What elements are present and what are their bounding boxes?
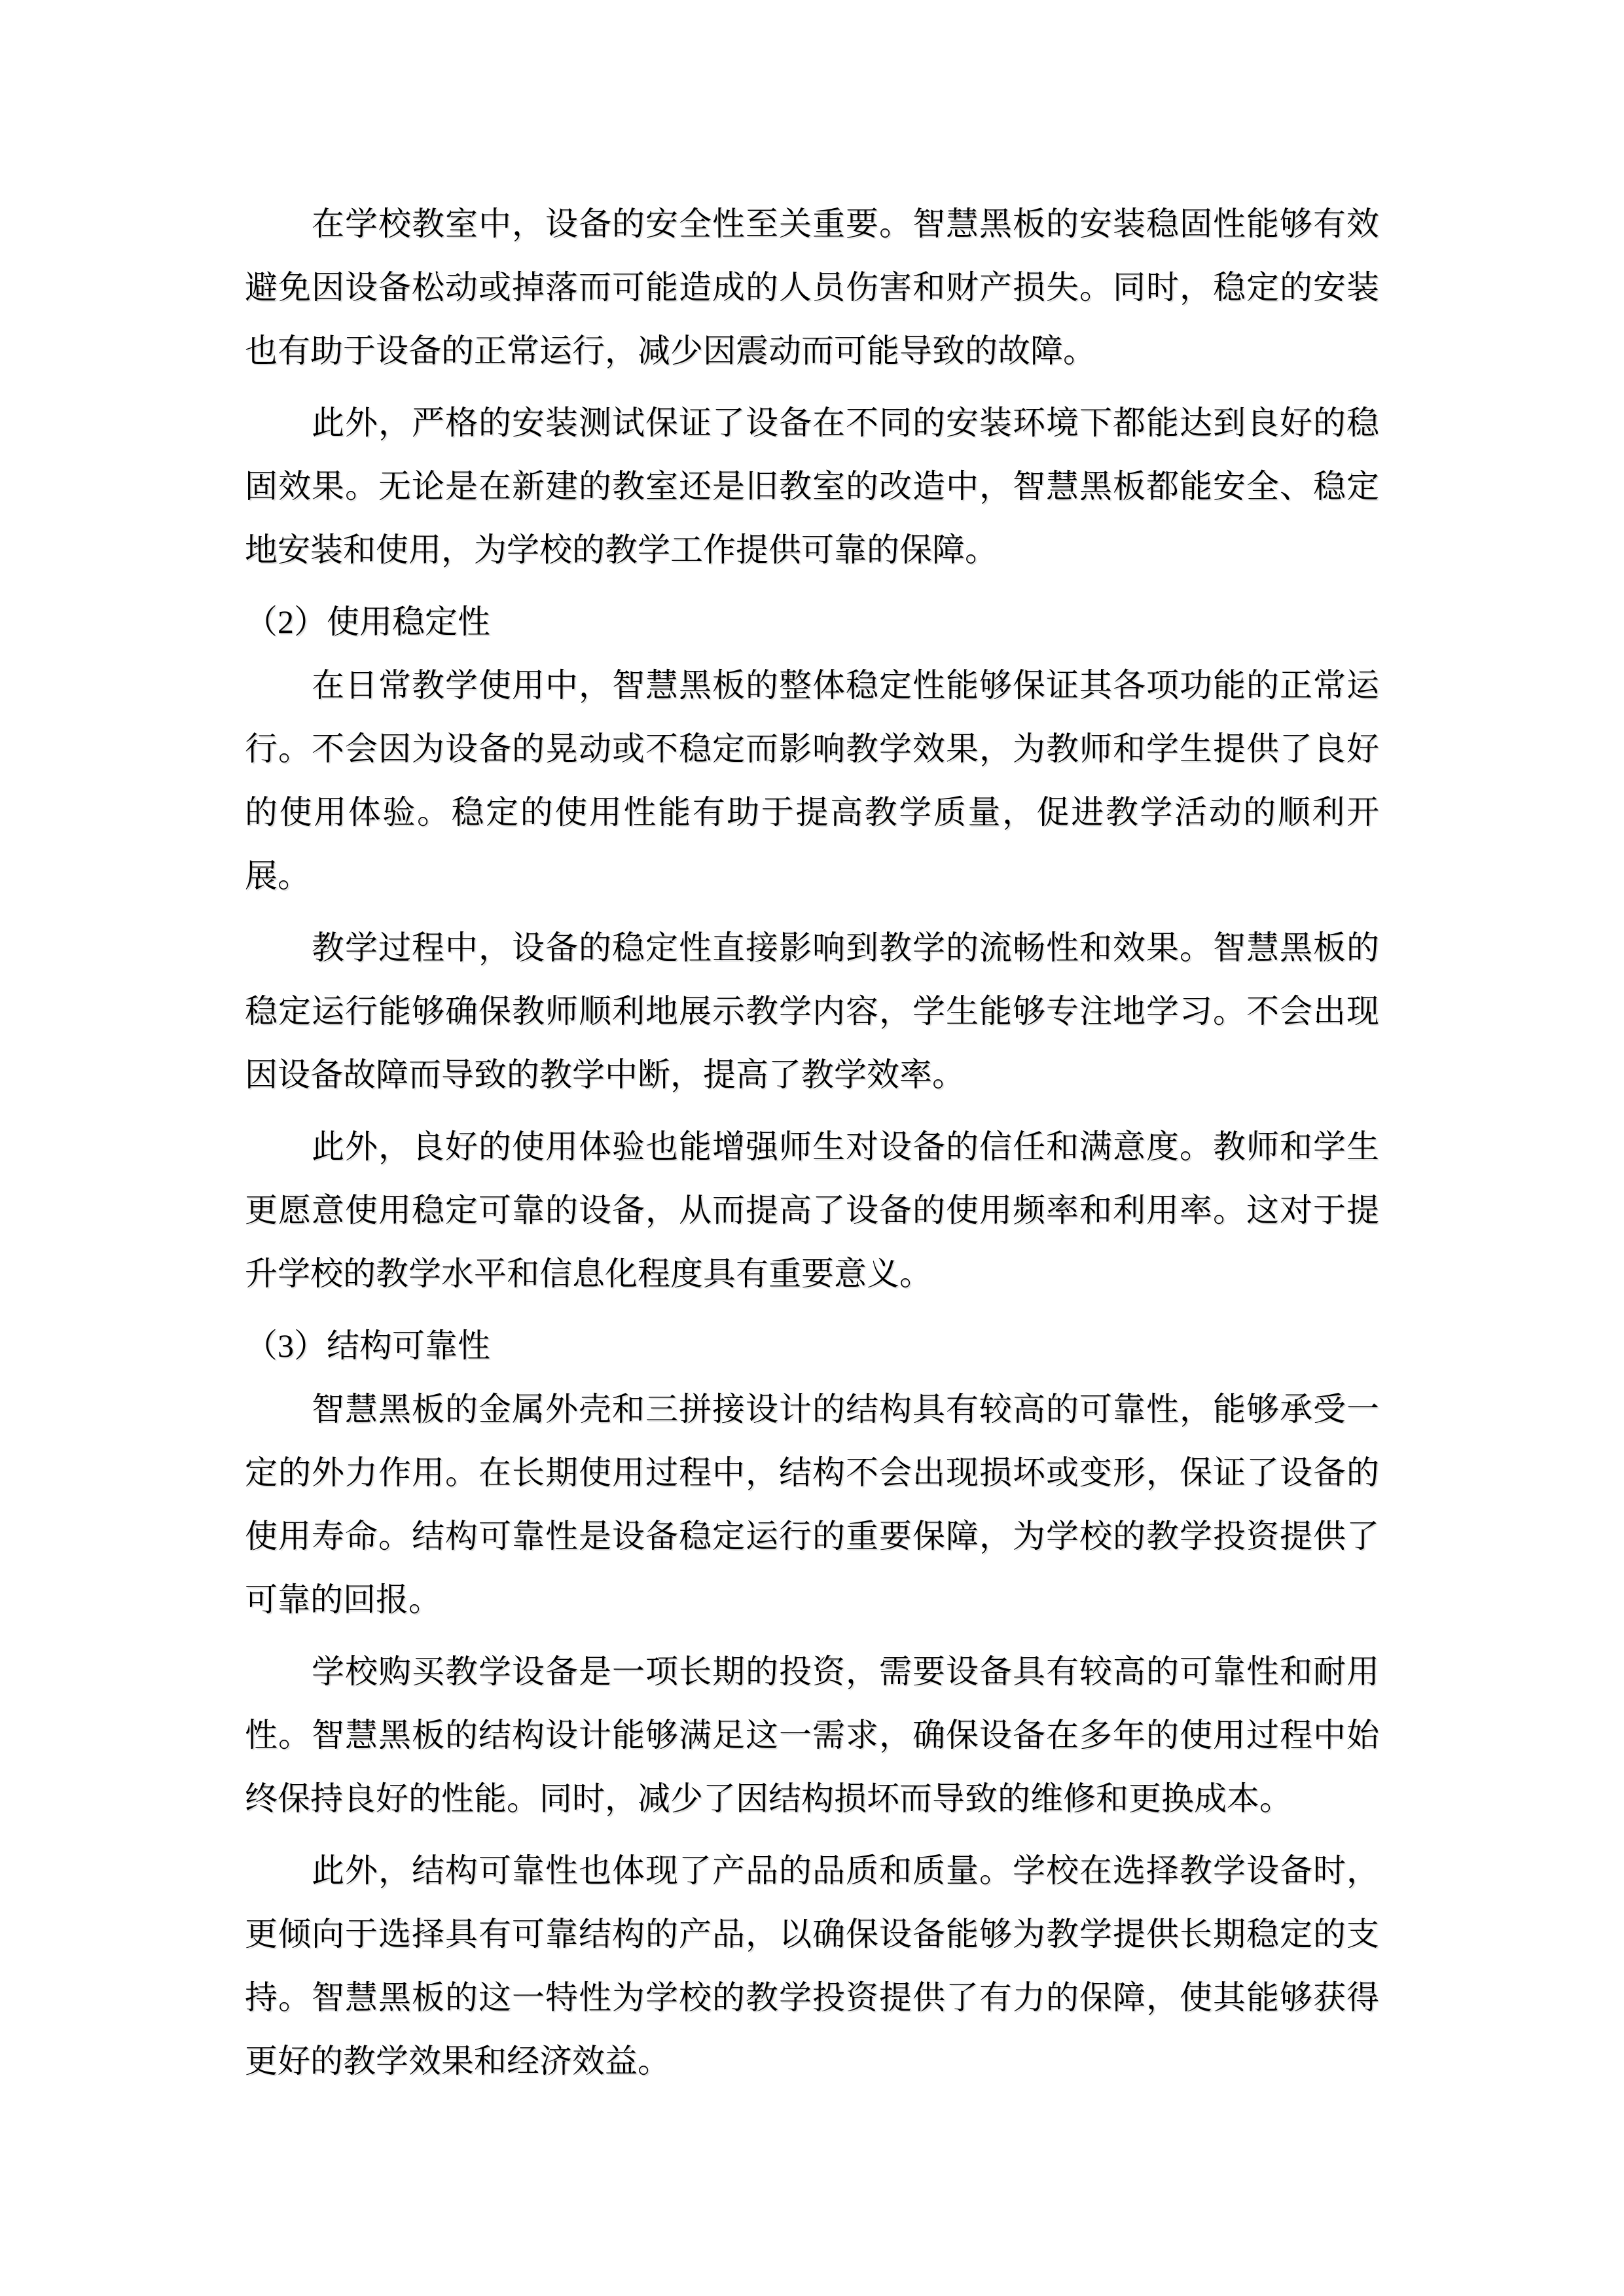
text-line: 性。智慧黑板的结构设计能够满足这一需求，确保设备在多年的使用过程中始 xyxy=(245,1704,1379,1767)
heading-text-line: （3）结构可靠性 xyxy=(245,1314,1379,1378)
document-page: 在学校教室中，设备的安全性至关重要。智慧黑板的安装稳固性能够有效避免因设备松动或… xyxy=(0,0,1624,2296)
heading-text-line: （2）使用稳定性 xyxy=(245,590,1379,654)
text-line: 展。 xyxy=(245,844,1379,908)
text-line: 避免因设备松动或掉落而可能造成的人员伤害和财产损失。同时，稳定的安装 xyxy=(245,256,1379,319)
text-line: 的使用体验。稳定的使用性能有助于提高教学质量，促进教学活动的顺利开 xyxy=(245,781,1379,844)
text-line: 也有助于设备的正常运行，减少因震动而可能导致的故障。 xyxy=(245,319,1379,383)
text-line: 学校购买教学设备是一项长期的投资，需要设备具有较高的可靠性和耐用 xyxy=(245,1640,1379,1704)
text-line: 定的外力作用。在长期使用过程中，结构不会出现损坏或变形，保证了设备的 xyxy=(245,1441,1379,1505)
text-line: 行。不会因为设备的晃动或不稳定而影响教学效果，为教师和学生提供了良好 xyxy=(245,717,1379,781)
paragraph: 此外，严格的安装测试保证了设备在不同的安装环境下都能达到良好的稳固效果。无论是在… xyxy=(245,391,1379,582)
text-line: 使用寿命。结构可靠性是设备稳定运行的重要保障，为学校的教学投资提供了 xyxy=(245,1505,1379,1568)
paragraph: 在日常教学使用中，智慧黑板的整体稳定性能够保证其各项功能的正常运行。不会因为设备… xyxy=(245,654,1379,908)
text-line: 终保持良好的性能。同时，减少了因结构损坏而导致的维修和更换成本。 xyxy=(245,1767,1379,1831)
text-line: 教学过程中，设备的稳定性直接影响到教学的流畅性和效果。智慧黑板的 xyxy=(245,916,1379,980)
text-line: 固效果。无论是在新建的教室还是旧教室的改造中，智慧黑板都能安全、稳定 xyxy=(245,455,1379,518)
text-line: 此外，结构可靠性也体现了产品的品质和质量。学校在选择教学设备时， xyxy=(245,1839,1379,1903)
text-line: 在日常教学使用中，智慧黑板的整体稳定性能够保证其各项功能的正常运 xyxy=(245,654,1379,717)
text-line: 因设备故障而导致的教学中断，提高了教学效率。 xyxy=(245,1043,1379,1107)
section-heading: （3）结构可靠性 xyxy=(245,1314,1379,1378)
paragraph: 此外，良好的使用体验也能增强师生对设备的信任和满意度。教师和学生更愿意使用稳定可… xyxy=(245,1115,1379,1306)
text-line: 地安装和使用，为学校的教学工作提供可靠的保障。 xyxy=(245,518,1379,582)
text-line: 稳定运行能够确保教师顺利地展示教学内容，学生能够专注地学习。不会出现 xyxy=(245,980,1379,1043)
document-body: 在学校教室中，设备的安全性至关重要。智慧黑板的安装稳固性能够有效避免因设备松动或… xyxy=(245,192,1379,2102)
text-line: 升学校的教学水平和信息化程度具有重要意义。 xyxy=(245,1242,1379,1306)
paragraph: 在学校教室中，设备的安全性至关重要。智慧黑板的安装稳固性能够有效避免因设备松动或… xyxy=(245,192,1379,383)
text-line: 更愿意使用稳定可靠的设备，从而提高了设备的使用频率和利用率。这对于提 xyxy=(245,1179,1379,1242)
text-line: 此外，良好的使用体验也能增强师生对设备的信任和满意度。教师和学生 xyxy=(245,1115,1379,1179)
text-line: 更好的教学效果和经济效益。 xyxy=(245,2030,1379,2093)
text-line: 此外，严格的安装测试保证了设备在不同的安装环境下都能达到良好的稳 xyxy=(245,391,1379,455)
text-line: 在学校教室中，设备的安全性至关重要。智慧黑板的安装稳固性能够有效 xyxy=(245,192,1379,256)
text-line: 持。智慧黑板的这一特性为学校的教学投资提供了有力的保障，使其能够获得 xyxy=(245,1966,1379,2030)
text-line: 可靠的回报。 xyxy=(245,1568,1379,1632)
section-heading: （2）使用稳定性 xyxy=(245,590,1379,654)
paragraph: 智慧黑板的金属外壳和三拼接设计的结构具有较高的可靠性，能够承受一定的外力作用。在… xyxy=(245,1378,1379,1632)
text-line: 更倾向于选择具有可靠结构的产品，以确保设备能够为教学提供长期稳定的支 xyxy=(245,1903,1379,1966)
paragraph: 学校购买教学设备是一项长期的投资，需要设备具有较高的可靠性和耐用性。智慧黑板的结… xyxy=(245,1640,1379,1831)
text-line: 智慧黑板的金属外壳和三拼接设计的结构具有较高的可靠性，能够承受一 xyxy=(245,1378,1379,1441)
paragraph: 教学过程中，设备的稳定性直接影响到教学的流畅性和效果。智慧黑板的稳定运行能够确保… xyxy=(245,916,1379,1107)
paragraph: 此外，结构可靠性也体现了产品的品质和质量。学校在选择教学设备时，更倾向于选择具有… xyxy=(245,1839,1379,2093)
